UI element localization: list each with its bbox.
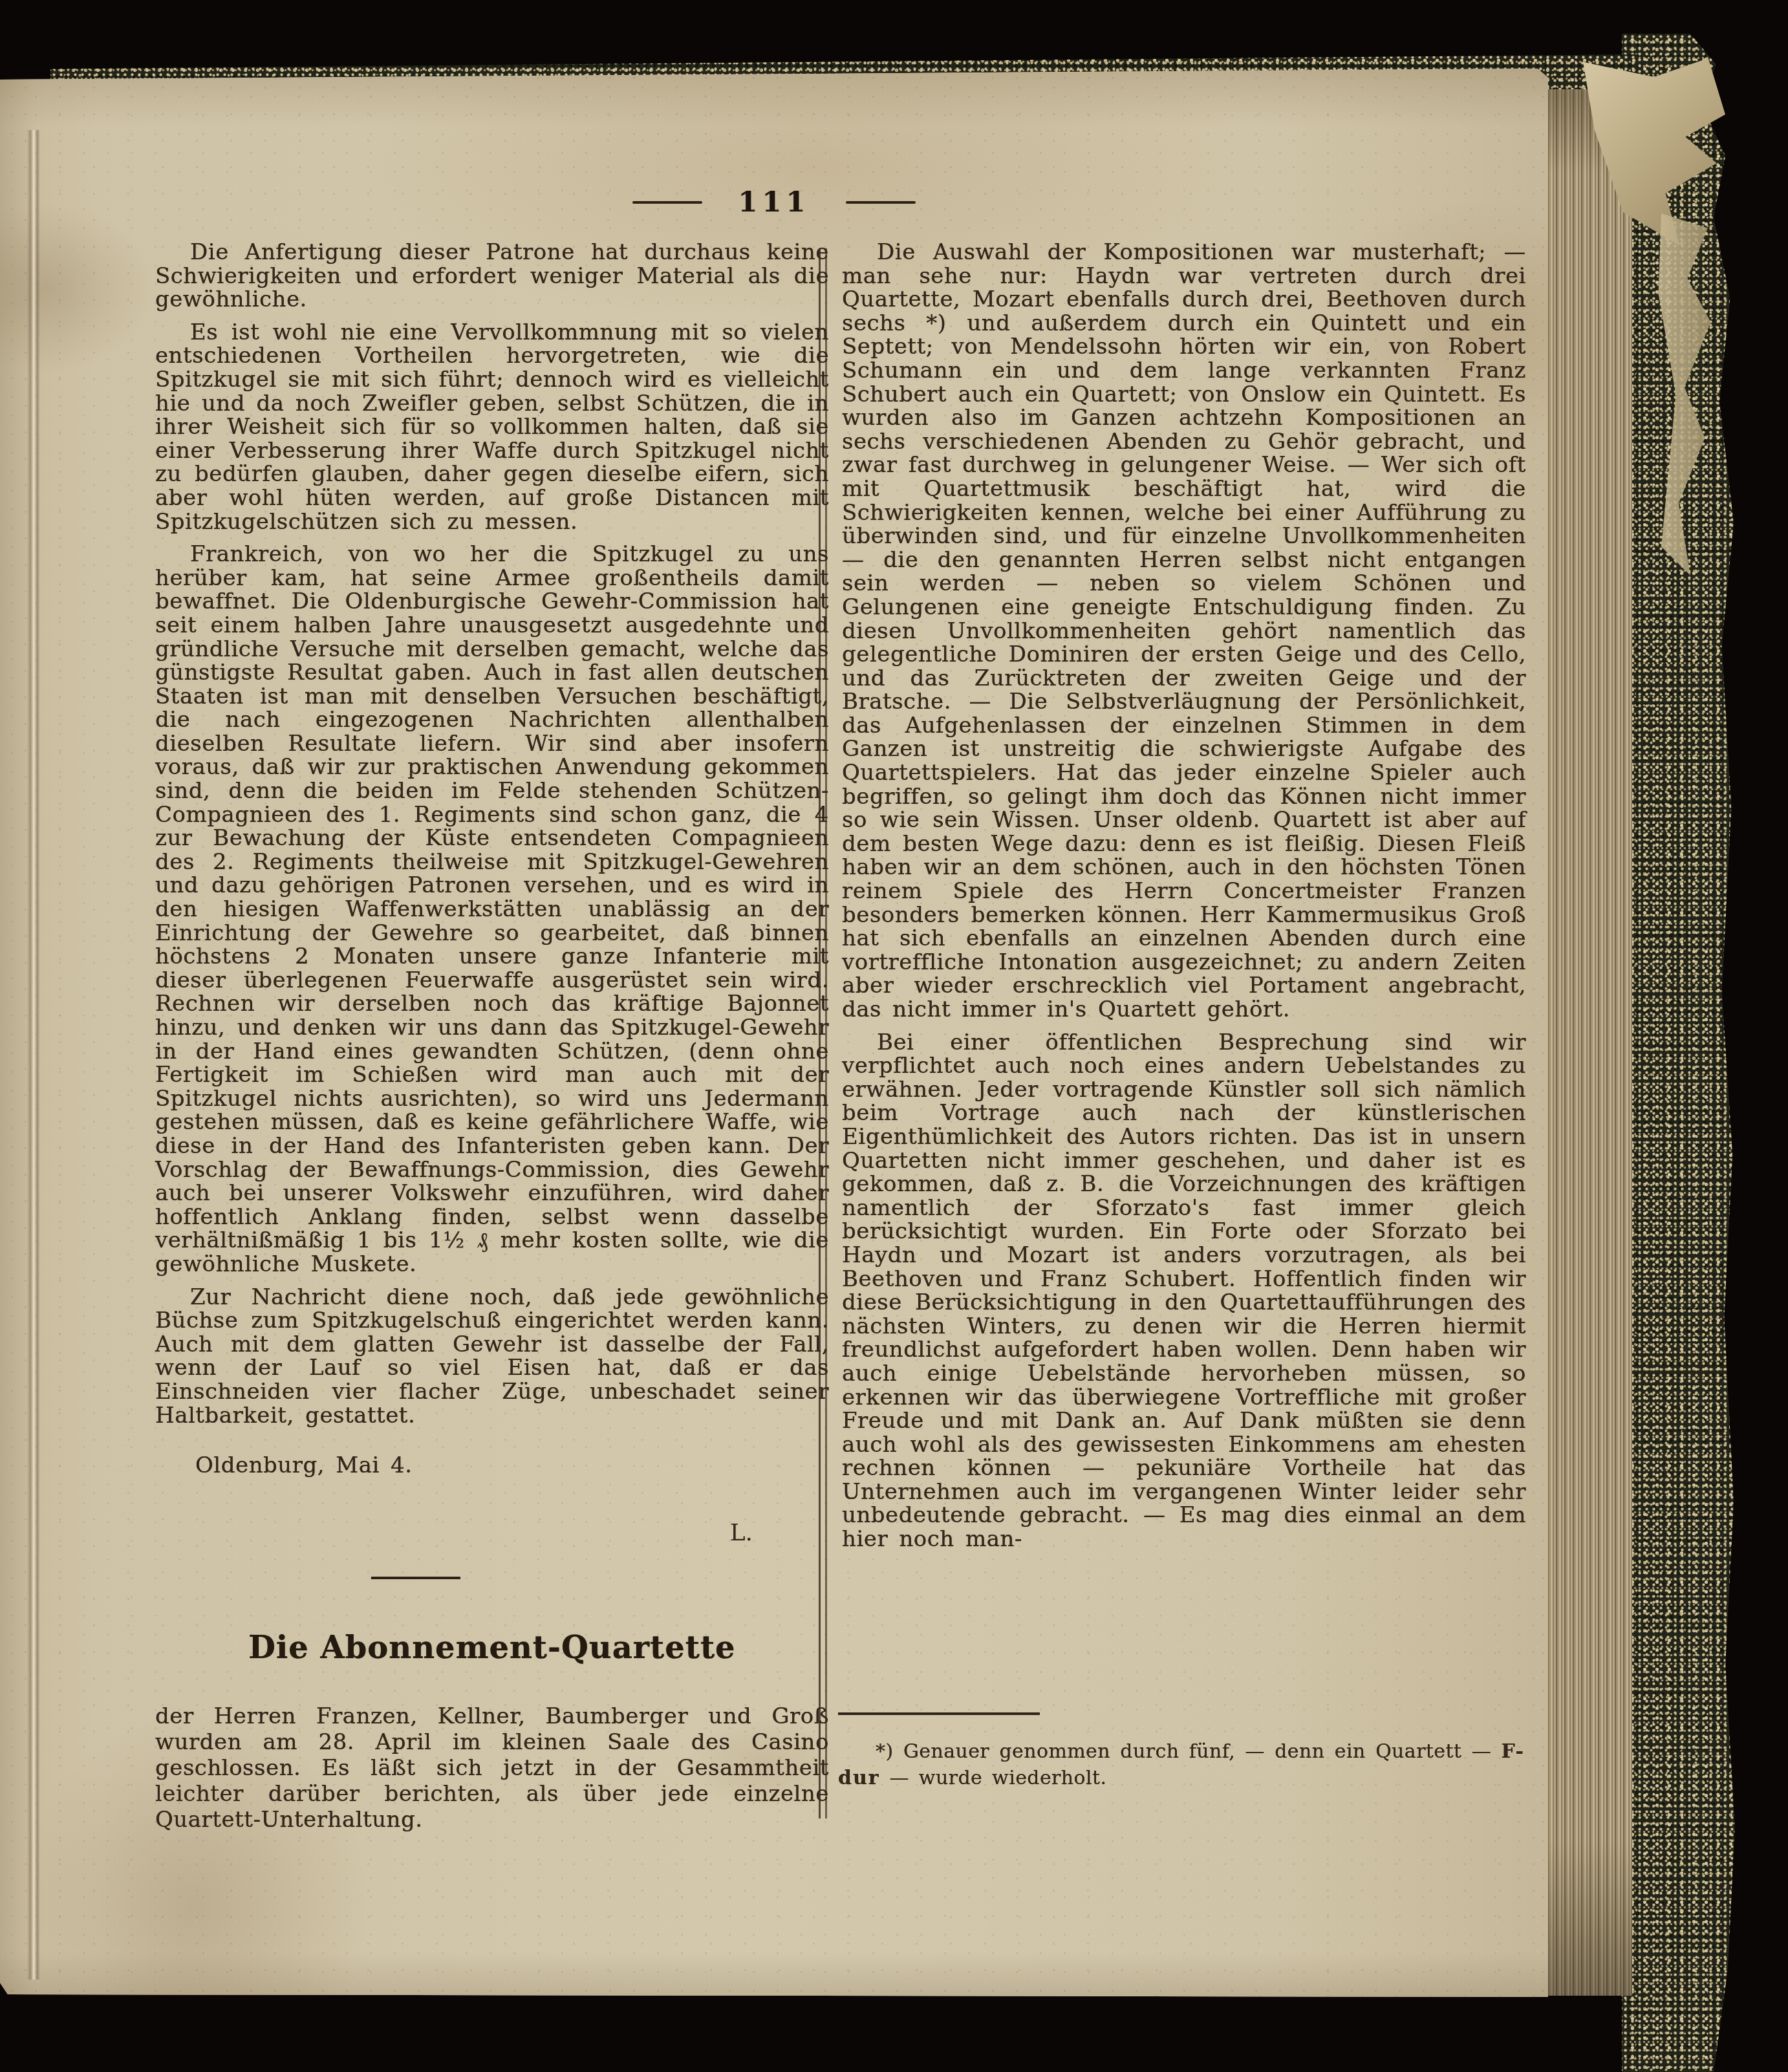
article-intro-paragraph: der Herren Franzen, Kellner, Baumberger …	[155, 1703, 829, 1833]
header-rule-left	[632, 201, 702, 204]
footnote-rule	[838, 1712, 1040, 1715]
body-paragraph: Frankreich, von wo her die Spitzkugel zu…	[155, 543, 829, 1276]
body-paragraph: Es ist wohl nie eine Vervollkommnung mit…	[155, 321, 829, 534]
page-fore-edge-stripes	[1534, 57, 1632, 1996]
author-signature: L.	[155, 1520, 829, 1546]
article-heading: Die Abonnement-Quartette	[155, 1630, 829, 1666]
footnote: *) Genauer genommen durch fünf, — denn e…	[838, 1738, 1525, 1791]
body-paragraph: Die Auswahl der Kompositionen war muster…	[842, 241, 1526, 1022]
footnote-marker: *)	[876, 1740, 894, 1763]
right-column: Die Auswahl der Kompositionen war muster…	[842, 241, 1526, 1551]
page-number: 111	[738, 186, 810, 219]
header-rule-right	[846, 201, 916, 204]
footnote-text: — wurde wiederholt.	[890, 1767, 1107, 1789]
body-paragraph: Zur Nachricht diene noch, daß jede gewöh…	[155, 1286, 829, 1428]
page-header: 111	[0, 186, 1548, 219]
section-divider-rule	[371, 1577, 460, 1579]
body-paragraph: Die Anfertigung dieser Patrone hat durch…	[155, 241, 829, 312]
book-photograph: 111 Die Anfertigung dieser Patrone hat d…	[0, 0, 1788, 2072]
body-paragraph: Bei einer öffentlichen Besprechung sind …	[842, 1031, 1526, 1551]
gutter-crease	[27, 130, 40, 1980]
footnote-text: Genauer genommen durch fünf, — denn ein …	[903, 1740, 1491, 1763]
left-column: Die Anfertigung dieser Patrone hat durch…	[155, 241, 829, 1427]
dateline: Oldenburg, Mai 4.	[195, 1452, 413, 1478]
